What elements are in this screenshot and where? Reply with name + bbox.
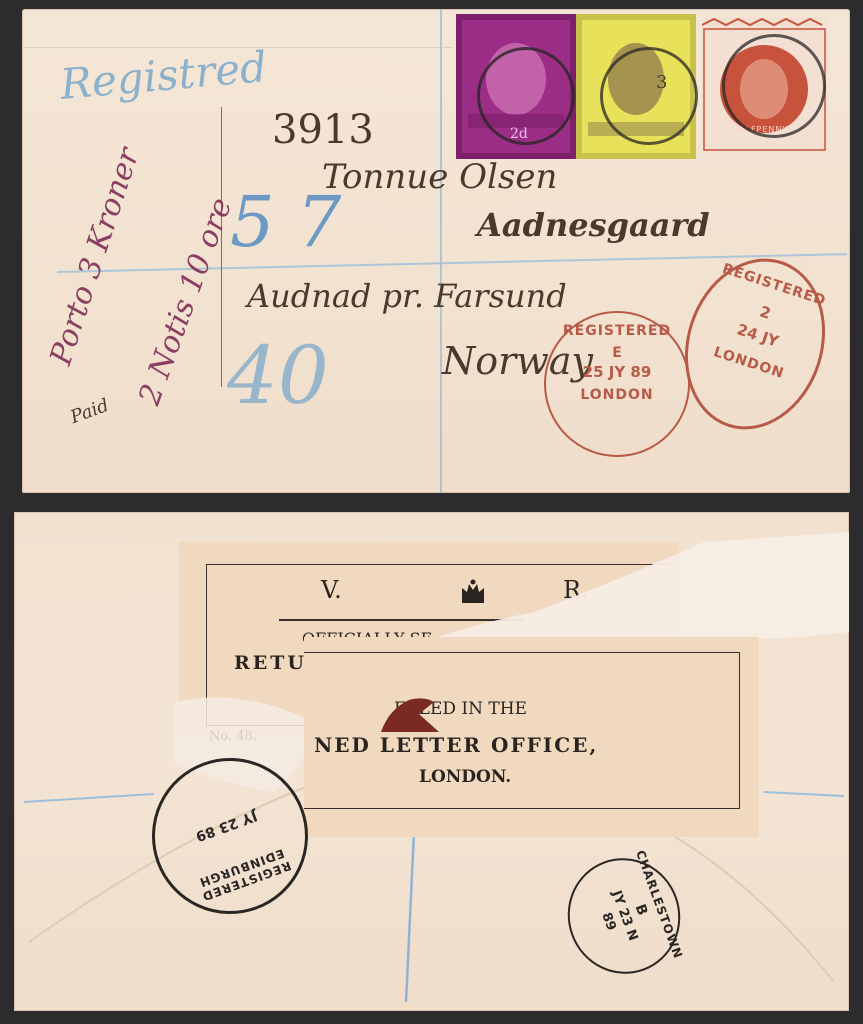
official-seal-label-lower: EALED IN THE NED LETTER OFFICE, LONDON.	[304, 637, 759, 837]
paid-annotation: Paid	[68, 395, 112, 428]
registration-number: 3913	[272, 107, 374, 153]
blue-numerals-40: 40	[227, 329, 329, 422]
label-returned-letter-office: NED LETTER OFFICE,	[314, 733, 598, 757]
address-line-2: Aadnesgaard	[477, 206, 710, 244]
registered-london-postmark-left: REGISTERED E 25 JY 89 LONDON	[544, 311, 690, 457]
cancel-postmark	[600, 47, 698, 145]
cover-back: V. R. OFFICIALLY SE RETURN No. 48. EALED…	[14, 512, 849, 1011]
registered-annotation: Registred	[58, 42, 269, 109]
blue-numerals-5-7: 5 7	[230, 181, 341, 263]
margin-note-porto: Porto 3 Kroner	[43, 144, 146, 370]
cancel-postmark	[477, 47, 575, 145]
label-london: LONDON.	[419, 767, 511, 787]
margin-note-notis: 2 Notis 10 ore	[132, 193, 239, 409]
address-line-1: Tonnue Olsen	[322, 157, 557, 197]
address-line-3: Audnad pr. Farsund	[247, 277, 567, 315]
label-border	[304, 652, 740, 809]
registered-london-postmark-right: REGISTERED 2 24 JY LONDON	[663, 240, 846, 448]
cover-front: 2d 3 HALFPENNY Registred 3913 Tonnue Ols…	[22, 9, 850, 493]
cancel-postmark	[722, 34, 826, 138]
wax-seal	[379, 694, 449, 734]
blue-registration-line-vertical	[440, 9, 442, 493]
